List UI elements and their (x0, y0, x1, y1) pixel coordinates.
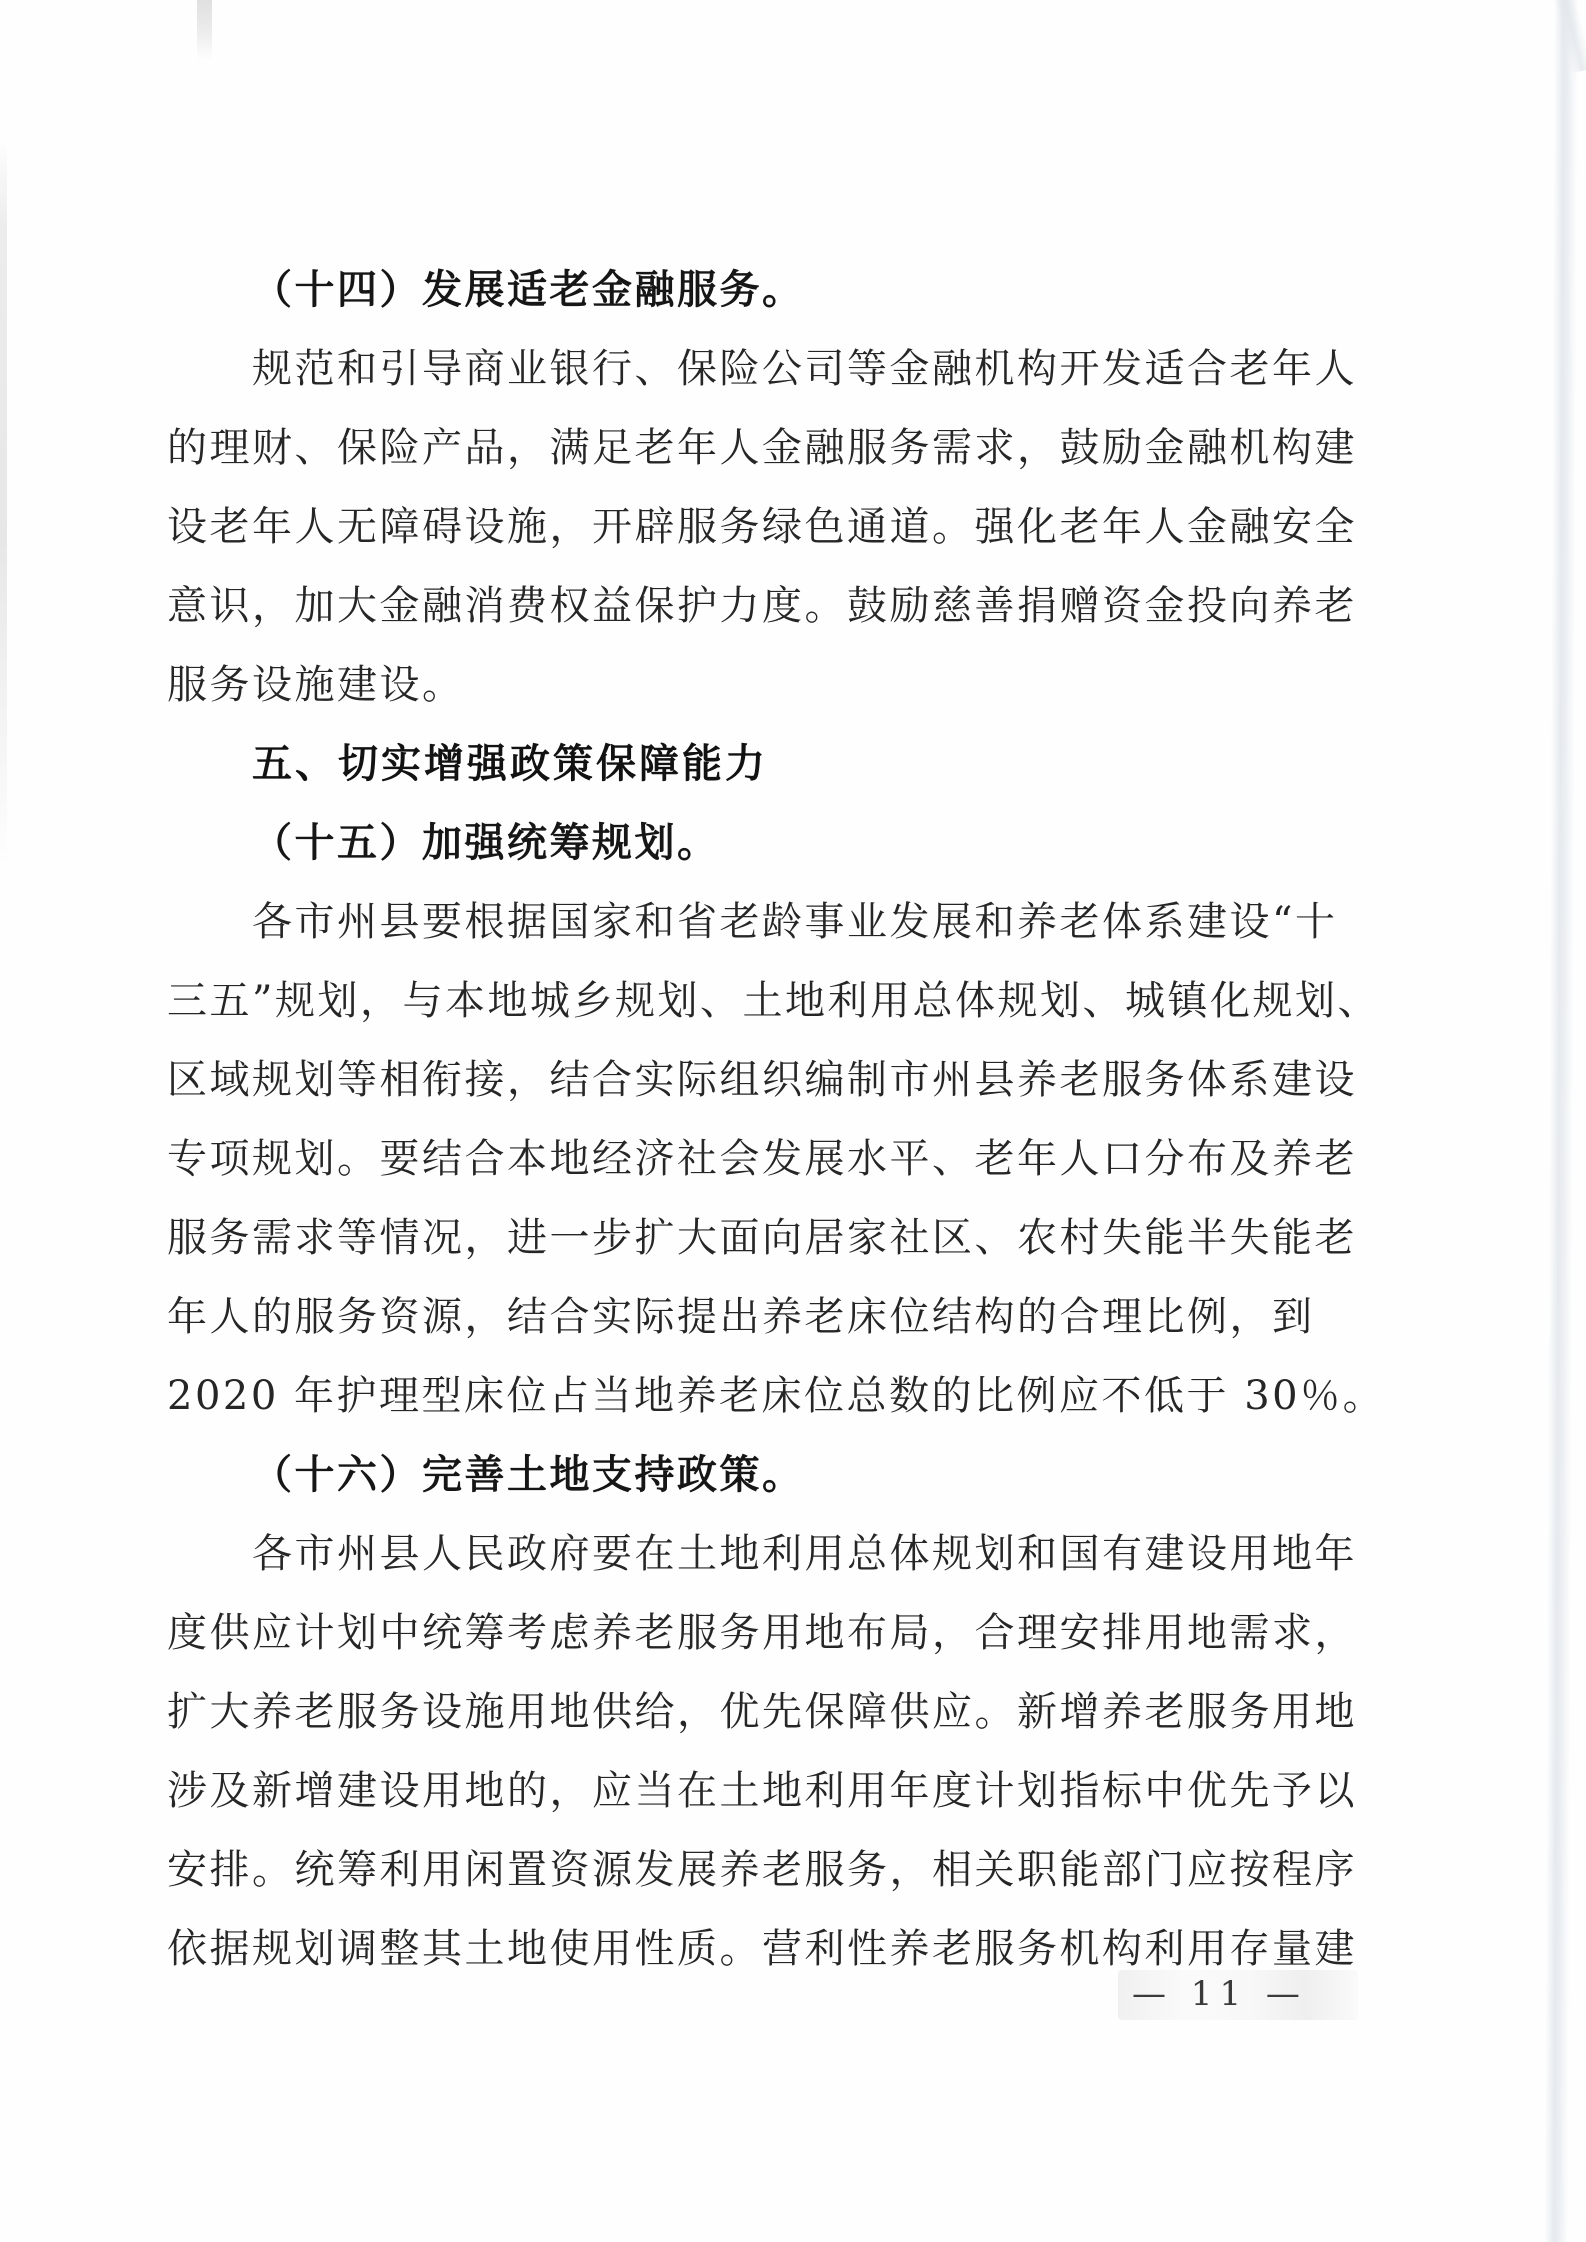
document-body: （十四）发展适老金融服务。 规范和引导商业银行、保险公司等金融机构开发适合老年人… (167, 247, 1367, 1985)
body-text-line: 三五”规划，与本地城乡规划、土地利用总体规划、城镇化规划、 (167, 958, 1367, 1037)
document-page: （十四）发展适老金融服务。 规范和引导商业银行、保险公司等金融机构开发适合老年人… (0, 0, 1586, 2242)
body-text-line: 各市州县要根据国家和省老龄事业发展和养老体系建设“十 (167, 879, 1367, 958)
body-text-line: 设老年人无障碍设施，开辟服务绿色通道。强化老年人金融安全 (167, 484, 1367, 563)
body-text-line: 度供应计划中统筹考虑养老服务用地布局，合理安排用地需求， (167, 1590, 1367, 1669)
body-text-line: 专项规划。要结合本地经济社会发展水平、老年人口分布及养老 (167, 1116, 1367, 1195)
scan-artifact-top-streak (197, 0, 212, 60)
body-text-line: 的理财、保险产品，满足老年人金融服务需求，鼓励金融机构建 (167, 405, 1367, 484)
body-text-line: 意识，加大金融消费权益保护力度。鼓励慈善捐赠资金投向养老 (167, 563, 1367, 642)
section-subheading-line: （十五）加强统筹规划。 (167, 800, 1367, 879)
body-text-line: 安排。统筹利用闲置资源发展养老服务，相关职能部门应按程序 (167, 1827, 1367, 1906)
page-number: — 11 — (1132, 1974, 1307, 2014)
body-text-line: 各市州县人民政府要在土地利用总体规划和国有建设用地年 (167, 1511, 1367, 1590)
scan-artifact-right-edge (1544, 0, 1578, 2242)
body-text-line: 服务需求等情况，进一步扩大面向居家社区、农村失能半失能老 (167, 1195, 1367, 1274)
body-text-line: 涉及新增建设用地的，应当在土地利用年度计划指标中优先予以 (167, 1748, 1367, 1827)
scan-artifact-right-top-curve (1553, 0, 1586, 73)
body-text-line: 区域规划等相衔接，结合实际组织编制市州县养老服务体系建设 (167, 1037, 1367, 1116)
scan-artifact-left-edge (0, 140, 7, 870)
section-subheading-line: （十六）完善土地支持政策。 (167, 1432, 1367, 1511)
body-text-line: 年人的服务资源，结合实际提出养老床位结构的合理比例，到 (167, 1274, 1367, 1353)
section-heading-line: 五、切实增强政策保障能力 (167, 721, 1367, 800)
body-text-line: 2020 年护理型床位占当地养老床位总数的比例应不低于 30％。 (167, 1353, 1367, 1432)
body-text-line: 服务设施建设。 (167, 642, 1367, 721)
section-subheading-line: （十四）发展适老金融服务。 (167, 247, 1367, 326)
body-text-line: 扩大养老服务设施用地供给，优先保障供应。新增养老服务用地 (167, 1669, 1367, 1748)
body-text-line: 规范和引导商业银行、保险公司等金融机构开发适合老年人 (167, 326, 1367, 405)
